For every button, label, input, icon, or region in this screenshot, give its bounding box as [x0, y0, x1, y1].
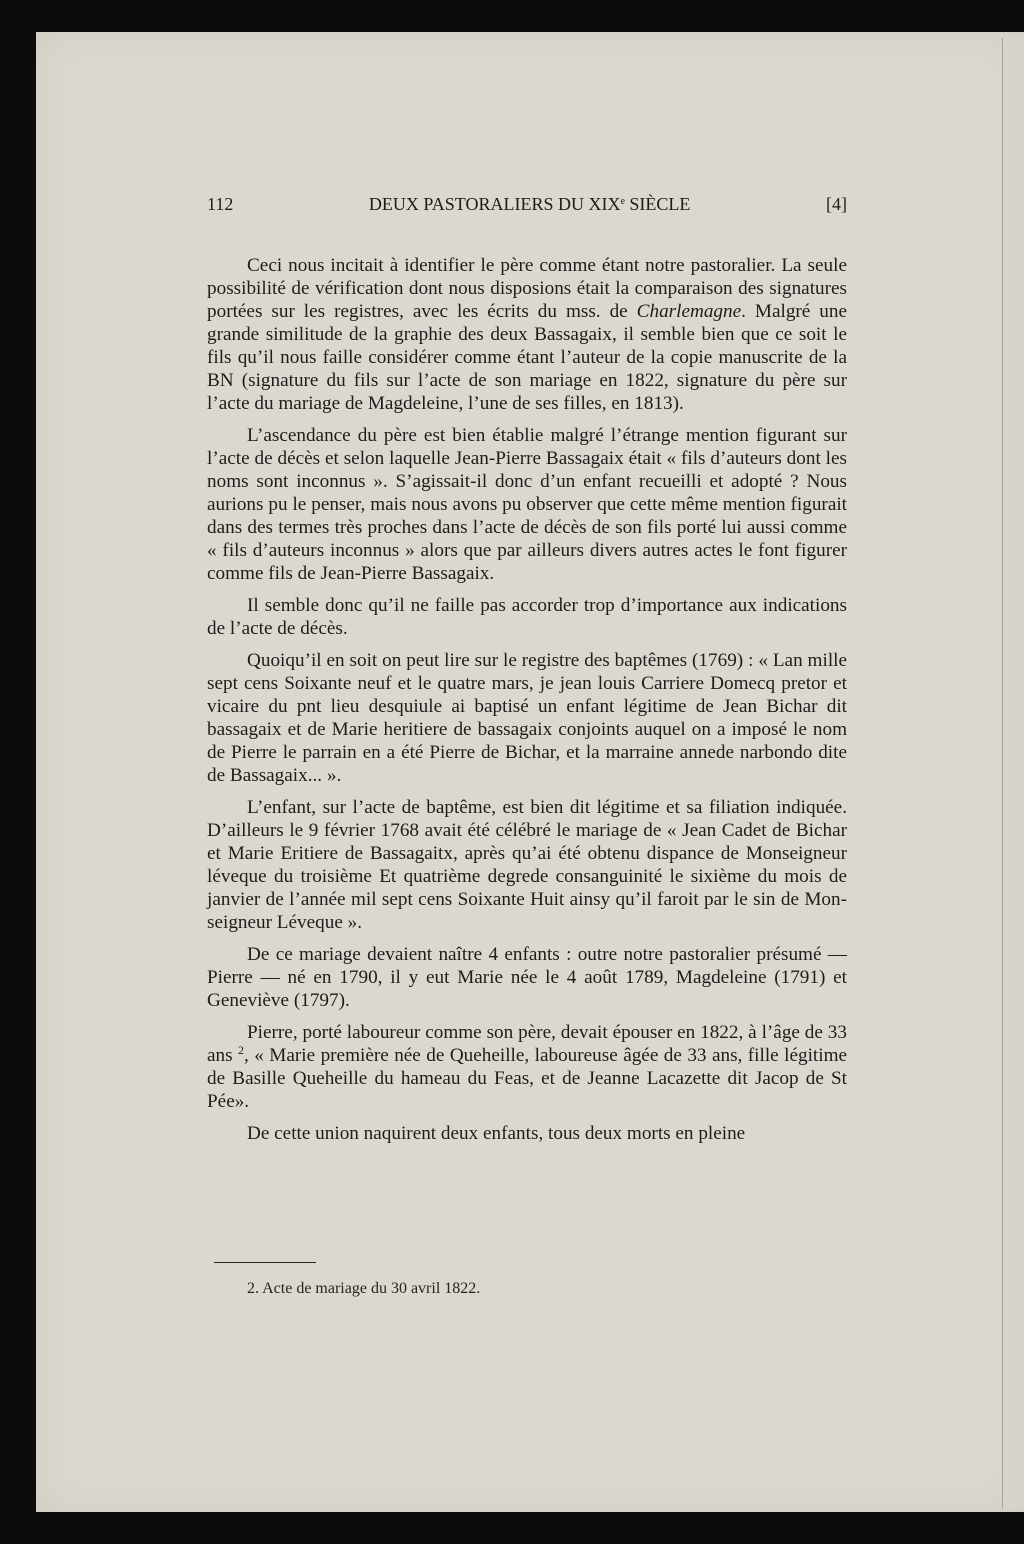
body-text: Ceci nous incitait à identifier le père …	[207, 254, 847, 1154]
running-head: 112 DEUX PASTORALIERS DU XIXe SIÈCLE [4]	[207, 194, 847, 222]
next-page-edge	[1002, 38, 1024, 1508]
footnote-divider	[214, 1262, 316, 1263]
page-number: 112	[207, 194, 233, 215]
paragraph-2: L’ascendance du père est bien établie ma…	[207, 424, 847, 585]
paragraph-1: Ceci nous incitait à identifier le père …	[207, 254, 847, 415]
running-title: DEUX PASTORALIERS DU XIXe SIÈCLE	[369, 194, 690, 215]
footnote: 2. Acte de mariage du 30 avril 1822.	[247, 1280, 480, 1298]
running-title-main: DEUX PASTORALIERS DU XIX	[369, 194, 621, 214]
italic-title: Charlemagne	[637, 301, 741, 322]
paragraph-7: Pierre, porté laboureur comme son père, …	[207, 1021, 847, 1113]
paragraph-8: De cette union naquirent deux enfants, t…	[207, 1122, 847, 1145]
paragraph-text: , « Marie première née de Queheille, lab…	[207, 1045, 847, 1112]
paragraph-6: De ce mariage devaient naître 4 enfants …	[207, 943, 847, 1012]
paragraph-3: Il semble donc qu’il ne faille pas accor…	[207, 594, 847, 640]
section-number: [4]	[826, 194, 847, 215]
paragraph-4: Quoiqu’il en soit on peut lire sur le re…	[207, 649, 847, 787]
running-title-end: SIÈCLE	[625, 194, 691, 214]
footnote-text: Acte de mariage du 30 avril 1822.	[262, 1280, 480, 1297]
footnote-number: 2.	[247, 1280, 259, 1297]
paragraph-5: L’enfant, sur l’acte de baptême, est bie…	[207, 796, 847, 934]
